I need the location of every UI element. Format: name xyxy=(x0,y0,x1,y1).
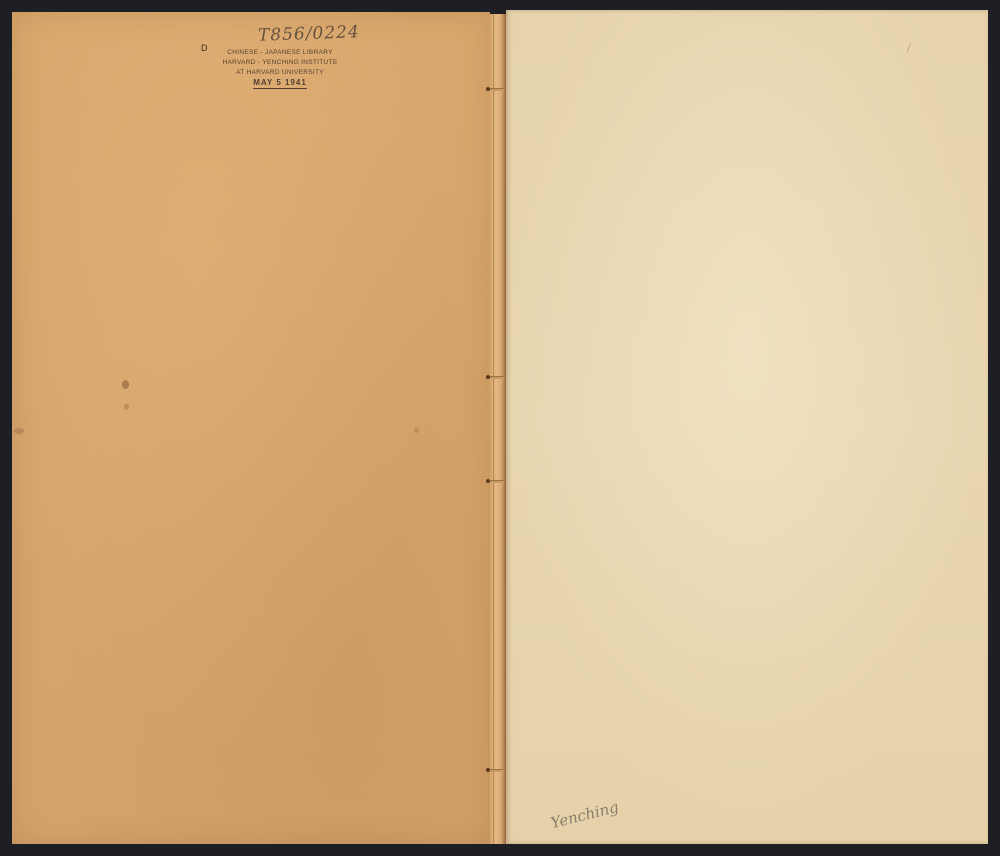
binding-stitch xyxy=(486,480,504,483)
binding-stitch xyxy=(486,376,504,379)
stamp-line-2: HARVARD - YENCHING INSTITUTE xyxy=(205,58,355,68)
binding-stitch xyxy=(486,88,504,91)
right-page xyxy=(506,10,988,844)
stamp-date: MAY 5 1941 xyxy=(253,78,307,89)
stamp-line-1: CHINESE - JAPANESE LIBRARY xyxy=(205,48,355,58)
call-number: T856/0224 xyxy=(258,22,360,46)
stain-spot xyxy=(14,428,24,434)
stamp-line-3: AT HARVARD UNIVERSITY xyxy=(205,68,355,78)
stain-spot xyxy=(414,428,419,433)
stitch-knot-icon xyxy=(486,87,490,91)
book-spread: T856/0224 D CHINESE - JAPANESE LIBRARY H… xyxy=(0,0,1000,856)
spine-fold-line xyxy=(493,14,494,844)
stitch-knot-icon xyxy=(486,479,490,483)
binding-stitch xyxy=(486,769,504,772)
stitch-knot-icon xyxy=(486,768,490,772)
stitch-knot-icon xyxy=(486,375,490,379)
library-stamp: CHINESE - JAPANESE LIBRARY HARVARD - YEN… xyxy=(205,48,355,89)
stain-spot xyxy=(124,404,129,410)
stain-spot xyxy=(122,380,129,389)
